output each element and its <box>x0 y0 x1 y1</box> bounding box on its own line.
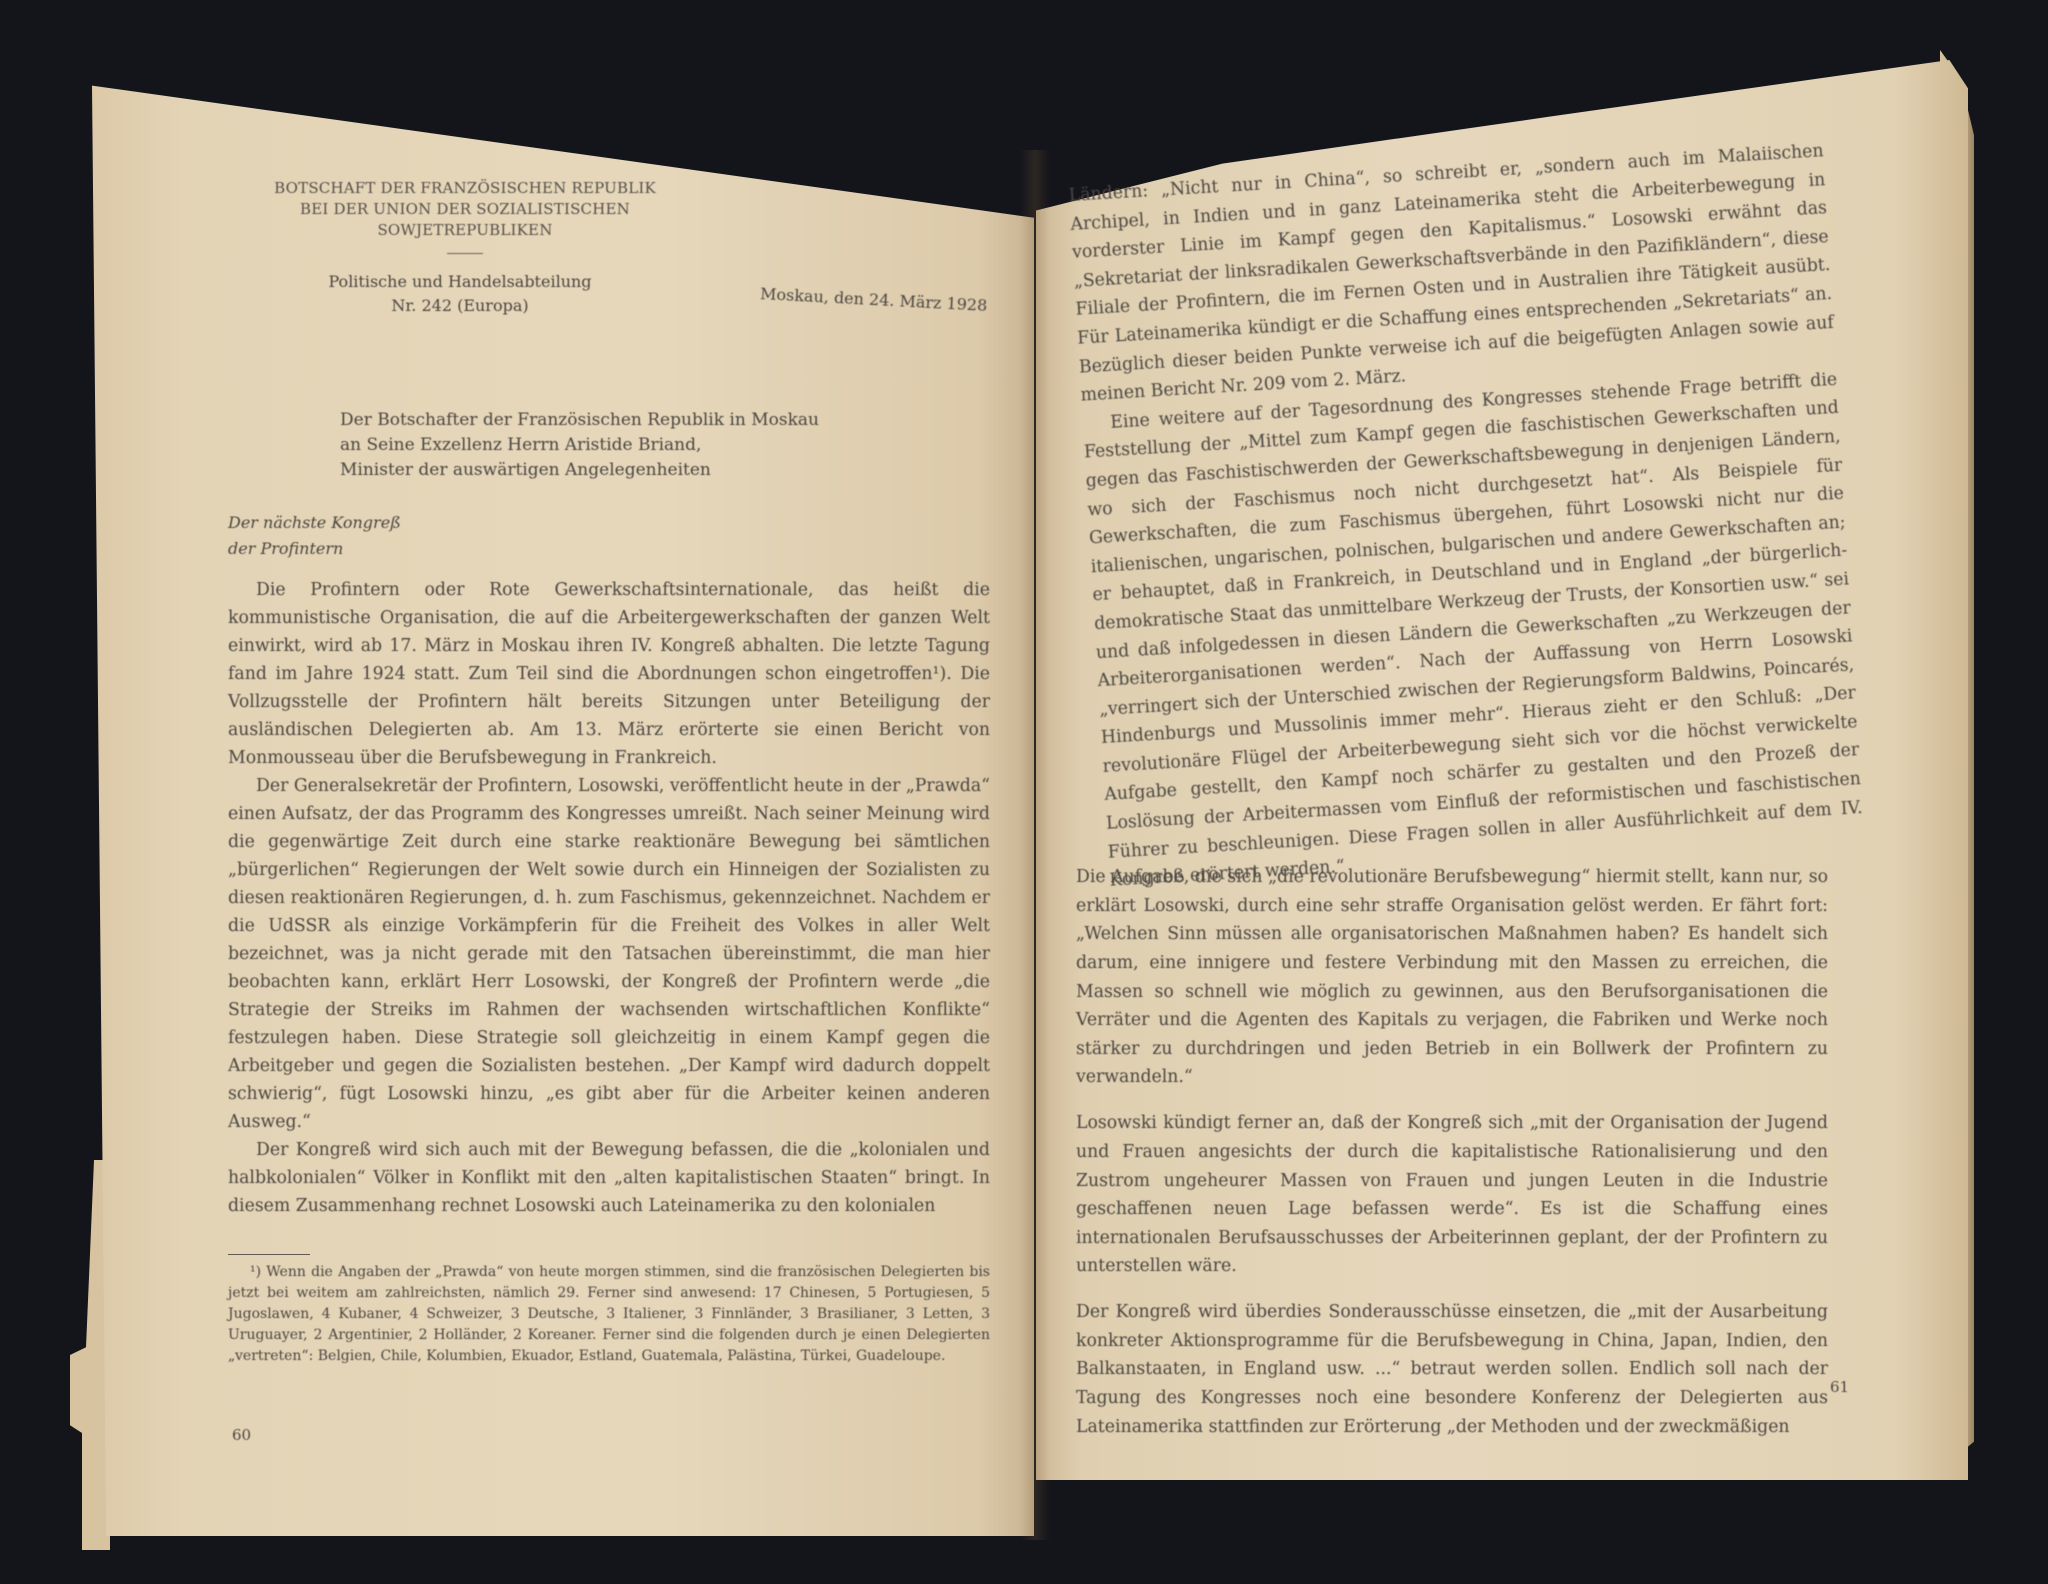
department-name: Politische und Handelsabteilung <box>260 270 660 294</box>
page-number-right: 61 <box>1830 1378 1849 1396</box>
book-gutter <box>1020 150 1050 1540</box>
left-body-text: Die Profintern oder Rote Gewerkschaftsin… <box>228 576 990 1220</box>
side-heading-line: der Profintern <box>228 536 401 562</box>
page-number-left: 60 <box>232 1426 251 1444</box>
footnote-text: ¹) Wenn die Angaben der „Prawda“ von heu… <box>228 1262 990 1367</box>
letterhead: BOTSCHAFT DER FRANZÖSISCHEN REPUBLIK BEI… <box>225 178 705 270</box>
paragraph: Der Generalsekretär der Profintern, Loso… <box>228 772 990 1136</box>
side-heading: Der nächste Kongreß der Profintern <box>228 510 401 562</box>
paragraph: Der Kongreß wird überdies Sonderausschüs… <box>1076 1298 1828 1441</box>
paragraph: Ländern: „Nicht nur in China“, so schrei… <box>1068 137 1836 410</box>
department-block: Politische und Handelsabteilung Nr. 242 … <box>260 270 660 318</box>
side-heading-line: Der nächste Kongreß <box>228 510 401 536</box>
letterhead-line: SOWJETREPUBLIKEN <box>225 220 705 241</box>
address-line: Minister der auswärtigen Angelegenheiten <box>340 458 819 483</box>
paragraph: Losowski kündigt ferner an, daß der Kong… <box>1076 1109 1828 1281</box>
paragraph: Die Aufgabe, die sich „die revolutionäre… <box>1076 863 1828 1092</box>
open-book: BOTSCHAFT DER FRANZÖSISCHEN REPUBLIK BEI… <box>0 0 2048 1584</box>
photo-background: BOTSCHAFT DER FRANZÖSISCHEN REPUBLIK BEI… <box>0 0 2048 1584</box>
right-body-text-lower: Die Aufgabe, die sich „die revolutionäre… <box>1076 846 1828 1458</box>
paragraph: Die Profintern oder Rote Gewerkschaftsin… <box>228 576 990 772</box>
footnote-rule <box>228 1254 310 1255</box>
letterhead-line: BEI DER UNION DER SOZIALISTISCHEN <box>225 199 705 220</box>
paragraph: Der Kongreß wird sich auch mit der Beweg… <box>228 1136 990 1220</box>
footnote: ¹) Wenn die Angaben der „Prawda“ von heu… <box>228 1262 990 1367</box>
address-line: Der Botschafter der Französischen Republ… <box>340 408 819 433</box>
address-line: an Seine Exzellenz Herrn Aristide Briand… <box>340 433 819 458</box>
letterhead-line: BOTSCHAFT DER FRANZÖSISCHEN REPUBLIK <box>225 178 705 199</box>
paragraph: Eine weitere auf der Tagesordnung des Ko… <box>1082 366 1865 896</box>
address-block: Der Botschafter der Französischen Republ… <box>340 408 819 483</box>
letterhead-rule <box>447 253 483 254</box>
right-body-text-upper: Ländern: „Nicht nur in China“, so schrei… <box>1068 137 1865 895</box>
reference-number: Nr. 242 (Europa) <box>260 294 660 318</box>
